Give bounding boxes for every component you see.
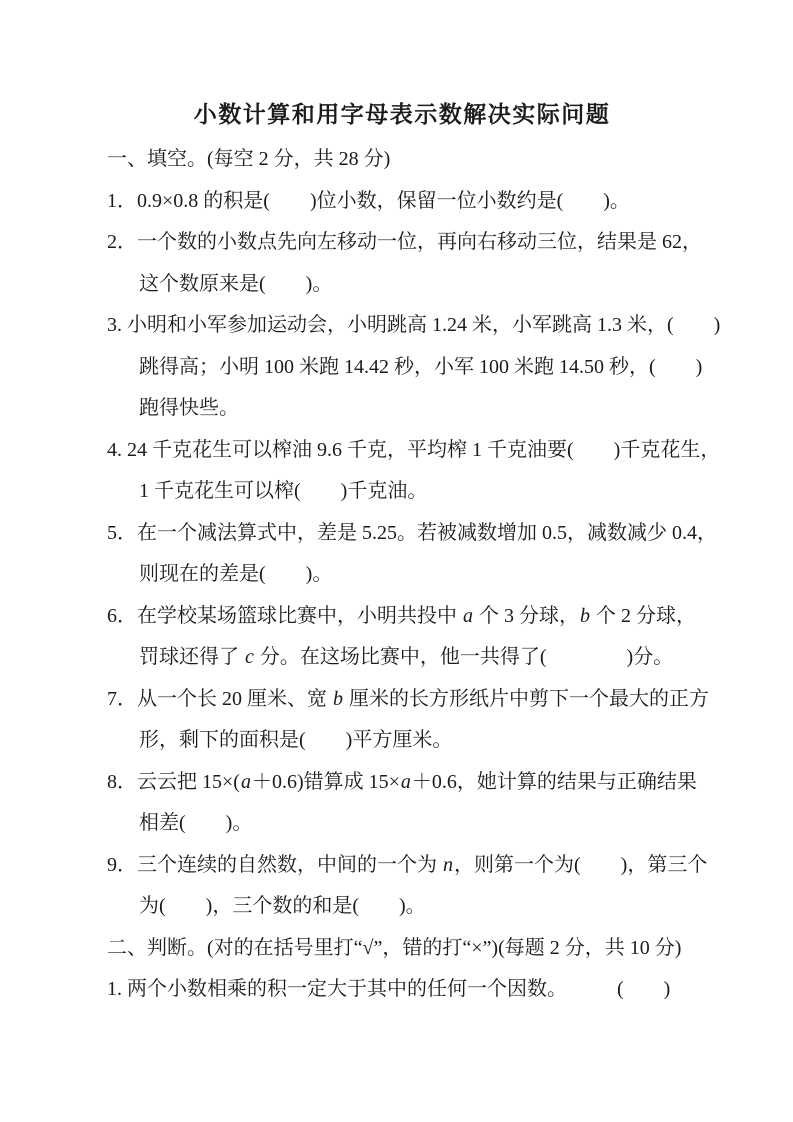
math-variable: a: [400, 771, 412, 793]
question: 3. 小明和小军参加运动会，小明跳高 1.24 米，小军跳高 1.3 米，( )…: [107, 305, 697, 430]
section-heading: 一、填空。(每空 2 分，共 28 分): [107, 139, 697, 181]
question: 4. 24 千克花生可以榨油 9.6 千克，平均榨 1 千克油要( )千克花生，…: [107, 430, 697, 513]
question-line: 形，剩下的面积是( )平方厘米。: [107, 720, 697, 762]
text-run: ＋0.6)错算成 15×: [252, 771, 400, 793]
text-run: 7．从一个长 20 厘米、宽: [107, 688, 332, 710]
question-line: 相差( )。: [107, 803, 697, 845]
text-run: 跑得快些。: [139, 397, 239, 419]
worksheet-title: 小数计算和用字母表示数解决实际问题: [107, 93, 697, 137]
question: 5．在一个减法算式中，差是 5.25。若被减数增加 0.5，减数减少 0.4，则…: [107, 513, 697, 596]
text-run: 1．0.9×0.8 的积是( )位小数，保留一位小数约是( )。: [107, 190, 630, 212]
text-run: 9．三个连续的自然数，中间的一个为: [107, 854, 442, 876]
text-run: 8．云云把 15×(: [107, 771, 240, 793]
question-line: 跳得高；小明 100 米跑 14.42 秒，小军 100 米跑 14.50 秒，…: [107, 347, 697, 389]
text-run: 为( )，三个数的和是( )。: [139, 895, 426, 917]
text-run: 个 2 分球，: [591, 605, 696, 627]
question-line: 3. 小明和小军参加运动会，小明跳高 1.24 米，小军跳高 1.3 米，( ): [107, 305, 697, 347]
text-run: 6．在学校某场篮球比赛中，小明共投中: [107, 605, 462, 627]
math-variable: a: [462, 605, 474, 627]
math-variable: n: [442, 854, 454, 876]
question: 8．云云把 15×(a＋0.6)错算成 15×a＋0.6，她计算的结果与正确结果…: [107, 762, 697, 845]
question-line: 6．在学校某场篮球比赛中，小明共投中 a 个 3 分球，b 个 2 分球，: [107, 596, 697, 638]
question-line: 2．一个数的小数点先向左移动一位，再向右移动三位，结果是 62，: [107, 222, 697, 264]
math-variable: b: [579, 605, 591, 627]
text-run: 3. 小明和小军参加运动会，小明跳高 1.24 米，小军跳高 1.3 米，( ): [107, 314, 720, 336]
text-run: 这个数原来是( )。: [139, 273, 332, 295]
question-line: 跑得快些。: [107, 388, 697, 430]
question-line: 1. 两个小数相乘的积一定大于其中的任何一个因数。 ( ): [107, 969, 697, 1011]
text-run: 个 3 分球，: [474, 605, 579, 627]
text-run: ，则第一个为( )，第三个: [454, 854, 707, 876]
section-heading: 二、判断。(对的在括号里打“√”，错的打“×”)(每题 2 分，共 10 分): [107, 928, 697, 970]
question-line: 5．在一个减法算式中，差是 5.25。若被减数增加 0.5，减数减少 0.4，: [107, 513, 697, 555]
text-run: 2．一个数的小数点先向左移动一位，再向右移动三位，结果是 62，: [107, 231, 702, 253]
question-line: 7．从一个长 20 厘米、宽 b 厘米的长方形纸片中剪下一个最大的正方: [107, 679, 697, 721]
text-run: 罚球还得了: [139, 646, 244, 668]
worksheet-sections: 一、填空。(每空 2 分，共 28 分)1．0.9×0.8 的积是( )位小数，…: [107, 139, 697, 1011]
text-run: 厘米的长方形纸片中剪下一个最大的正方: [344, 688, 709, 710]
text-run: 1. 两个小数相乘的积一定大于其中的任何一个因数。 ( ): [107, 978, 670, 1000]
text-run: ＋0.6，她计算的结果与正确结果: [412, 771, 697, 793]
text-run: 1 千克花生可以榨( )千克油。: [139, 480, 427, 502]
math-variable: b: [332, 688, 344, 710]
question: 9．三个连续的自然数，中间的一个为 n，则第一个为( )，第三个为( )，三个数…: [107, 845, 697, 928]
question: 1. 两个小数相乘的积一定大于其中的任何一个因数。 ( ): [107, 969, 697, 1011]
text-run: 分。在这场比赛中，他一共得了( )分。: [255, 646, 673, 668]
question: 7．从一个长 20 厘米、宽 b 厘米的长方形纸片中剪下一个最大的正方形，剩下的…: [107, 679, 697, 762]
question-line: 1 千克花生可以榨( )千克油。: [107, 471, 697, 513]
question-line: 9．三个连续的自然数，中间的一个为 n，则第一个为( )，第三个: [107, 845, 697, 887]
question-line: 4. 24 千克花生可以榨油 9.6 千克，平均榨 1 千克油要( )千克花生，: [107, 430, 697, 472]
text-run: 5．在一个减法算式中，差是 5.25。若被减数增加 0.5，减数减少 0.4，: [107, 522, 717, 544]
math-variable: c: [244, 646, 255, 668]
question-line: 1．0.9×0.8 的积是( )位小数，保留一位小数约是( )。: [107, 181, 697, 223]
question-line: 8．云云把 15×(a＋0.6)错算成 15×a＋0.6，她计算的结果与正确结果: [107, 762, 697, 804]
text-run: 形，剩下的面积是( )平方厘米。: [139, 729, 452, 751]
worksheet-page: 小数计算和用字母表示数解决实际问题 一、填空。(每空 2 分，共 28 分)1．…: [0, 0, 793, 1122]
text-run: 跳得高；小明 100 米跑 14.42 秒，小军 100 米跑 14.50 秒，…: [139, 356, 702, 378]
section: 二、判断。(对的在括号里打“√”，错的打“×”)(每题 2 分，共 10 分)1…: [107, 928, 697, 1011]
question-line: 则现在的差是( )。: [107, 554, 697, 596]
math-variable: a: [240, 771, 252, 793]
question: 1．0.9×0.8 的积是( )位小数，保留一位小数约是( )。: [107, 181, 697, 223]
question-line: 为( )，三个数的和是( )。: [107, 886, 697, 928]
text-run: 4. 24 千克花生可以榨油 9.6 千克，平均榨 1 千克油要( )千克花生，: [107, 439, 720, 461]
text-run: 则现在的差是( )。: [139, 563, 332, 585]
question-line: 这个数原来是( )。: [107, 264, 697, 306]
section: 一、填空。(每空 2 分，共 28 分)1．0.9×0.8 的积是( )位小数，…: [107, 139, 697, 928]
question: 6．在学校某场篮球比赛中，小明共投中 a 个 3 分球，b 个 2 分球，罚球还…: [107, 596, 697, 679]
question-line: 罚球还得了 c 分。在这场比赛中，他一共得了( )分。: [107, 637, 697, 679]
text-run: 相差( )。: [139, 812, 252, 834]
question: 2．一个数的小数点先向左移动一位，再向右移动三位，结果是 62，这个数原来是( …: [107, 222, 697, 305]
